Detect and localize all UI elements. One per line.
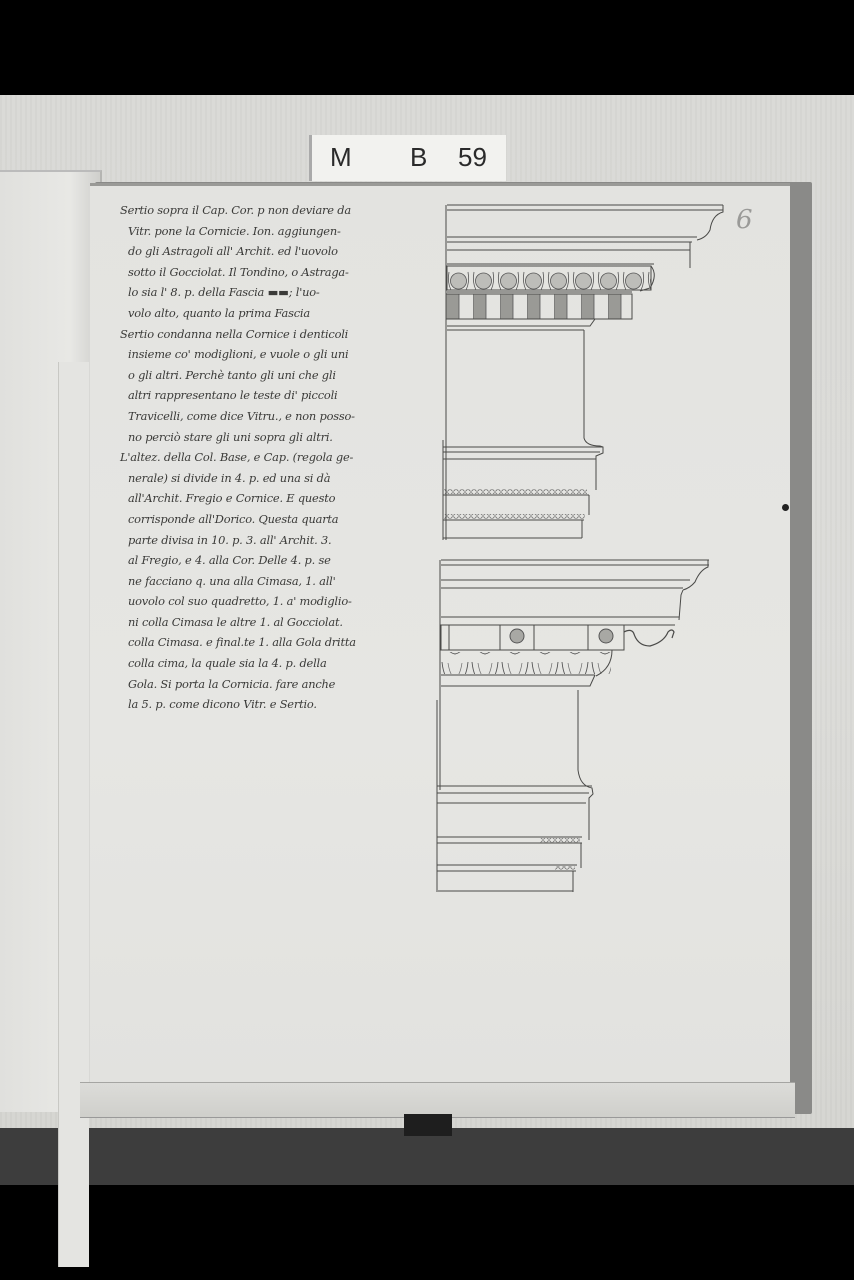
ionic-entablature-drawing bbox=[443, 205, 723, 540]
corinthian-entablature-drawing bbox=[436, 560, 709, 892]
architectural-drawings bbox=[0, 0, 854, 1280]
